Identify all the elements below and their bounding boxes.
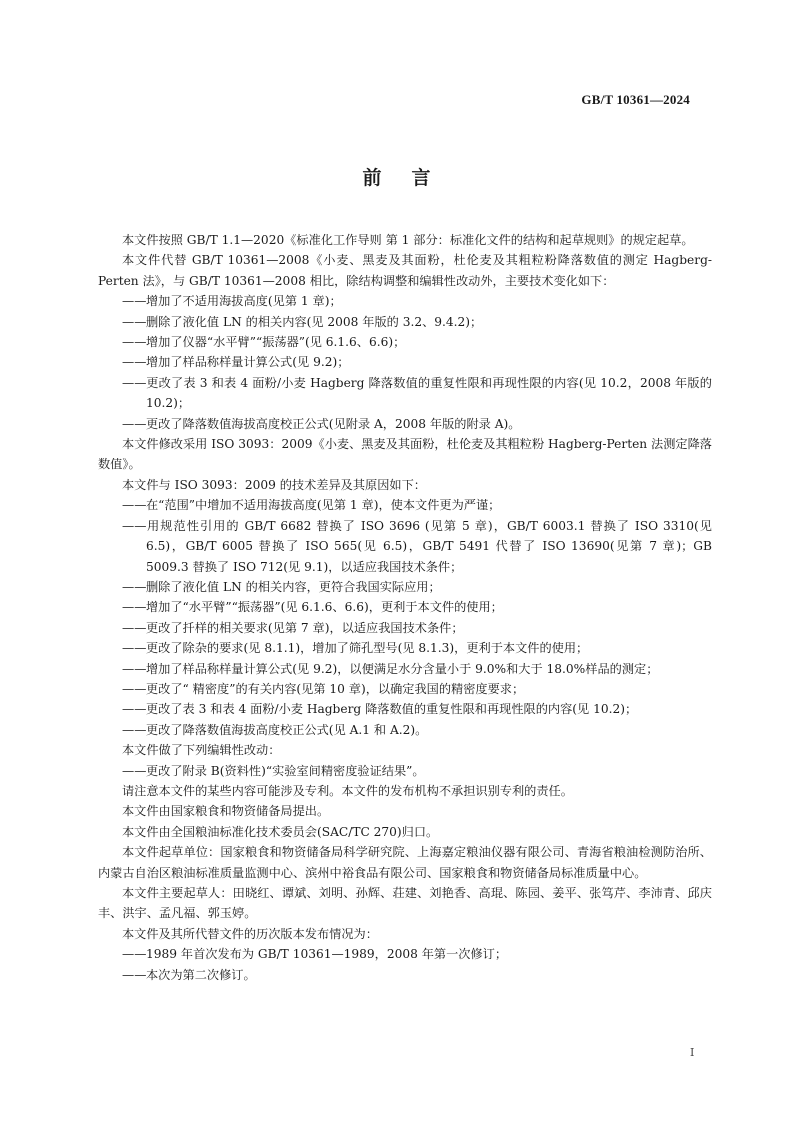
list-item-difference: ——增加了“水平臂”“振荡器”(见 6.1.6、6.6)，更利于本文件的使用； — [98, 597, 712, 617]
paragraph-drafting-rules: 本文件按照 GB/T 1.1—2020《标准化工作导则 第 1 部分：标准化文件… — [98, 230, 712, 250]
list-item-difference: ——更改了除杂的要求(见 8.1.1)，增加了筛孔型号(见 8.1.3)，更利于… — [98, 638, 712, 658]
standard-code: GB/T 10361—2024 — [581, 92, 690, 108]
list-item-difference: ——更改了表 3 和表 4 面粉/小麦 Hagberg 降落数值的重复性限和再现… — [98, 699, 712, 719]
foreword-body: 本文件按照 GB/T 1.1—2020《标准化工作导则 第 1 部分：标准化文件… — [98, 230, 712, 985]
paragraph-under-jurisdiction: 本文件由全国粮油标准化技术委员会(SAC/TC 270)归口。 — [98, 822, 712, 842]
paragraph-drafters: 本文件主要起草人：田晓红、谭斌、刘明、孙辉、荘建、刘艳香、高琨、陈园、姜平、张笃… — [98, 883, 712, 924]
list-item-difference: ——更改了降落数值海拔高度校正公式(见 A.1 和 A.2)。 — [98, 720, 712, 740]
list-item-change: ——增加了样品称样量计算公式(见 9.2)； — [98, 352, 712, 372]
dash: —— — [122, 597, 146, 617]
paragraph-proposed-by: 本文件由国家粮食和物资储备局提出。 — [98, 801, 712, 821]
paragraph-modified-adoption: 本文件修改采用 ISO 3093：2009《小麦、黑麦及其面粉，杜伦麦及其粗粒粉… — [98, 434, 712, 475]
dash: —— — [122, 618, 146, 638]
dash: —— — [122, 332, 146, 352]
dash: —— — [122, 659, 146, 679]
list-item-difference: ——用规范性引用的 GB/T 6682 替换了 ISO 3696 (见第 5 章… — [98, 516, 712, 577]
dash: —— — [122, 761, 146, 781]
dash: —— — [122, 312, 146, 332]
list-item-change: ——删除了液化值 LN 的相关内容(见 2008 年版的 3.2、9.4.2)； — [98, 312, 712, 332]
dash: —— — [122, 516, 146, 536]
dash: —— — [122, 679, 146, 699]
dash: —— — [122, 577, 146, 597]
page-title: 前言 — [0, 163, 793, 190]
list-item-change: ——增加了不适用海拔高度(见第 1 章)； — [98, 291, 712, 311]
list-item-difference: ——更改了“ 精密度”的有关内容(见第 10 章)，以确定我国的精密度要求； — [98, 679, 712, 699]
paragraph-editorial-changes: 本文件做了下列编辑性改动： — [98, 740, 712, 760]
dash: —— — [122, 720, 146, 740]
paragraph-technical-differences: 本文件与 ISO 3093：2009 的技术差异及其原因如下： — [98, 475, 712, 495]
paragraph-version-history: 本文件及其所代替文件的历次版本发布情况为： — [98, 924, 712, 944]
paragraph-replaces: 本文件代替 GB/T 10361—2008《小麦、黑麦及其面粉，杜伦麦及其粗粒粉… — [98, 250, 712, 291]
list-item-difference: ——在“范围”中增加不适用海拔高度(见第 1 章)，使本文件更为严谨； — [98, 495, 712, 515]
list-item-editorial: ——更改了附录 B(资料性)“实验室间精密度验证结果”。 — [98, 761, 712, 781]
dash: —— — [122, 638, 146, 658]
paragraph-patent-notice: 请注意本文件的某些内容可能涉及专利。本文件的发布机构不承担识别专利的责任。 — [98, 781, 712, 801]
page-number: I — [690, 1046, 694, 1059]
dash: —— — [122, 495, 146, 515]
dash: —— — [122, 352, 146, 372]
list-item-history: ——1989 年首次发布为 GB/T 10361—1989，2008 年第一次修… — [98, 944, 712, 964]
dash: —— — [122, 414, 146, 434]
dash: —— — [122, 965, 146, 985]
dash: —— — [122, 699, 146, 719]
list-item-change: ——增加了仪器“水平臂”“振荡器”(见 6.1.6、6.6)； — [98, 332, 712, 352]
list-item-change: ——更改了降落数值海拔高度校正公式(见附录 A，2008 年版的附录 A)。 — [98, 414, 712, 434]
dash: —— — [122, 944, 146, 964]
list-item-difference: ——删除了液化值 LN 的相关内容，更符合我国实际应用； — [98, 577, 712, 597]
list-item-difference: ——更改了扦样的相关要求(见第 7 章)，以适应我国技术条件； — [98, 618, 712, 638]
dash: —— — [122, 373, 146, 393]
list-item-change: ——更改了表 3 和表 4 面粉/小麦 Hagberg 降落数值的重复性限和再现… — [98, 373, 712, 414]
list-item-difference: ——增加了样品称样量计算公式(见 9.2)，以便满足水分含量小于 9.0%和大于… — [98, 659, 712, 679]
dash: —— — [122, 291, 146, 311]
list-item-history: ——本次为第二次修订。 — [98, 965, 712, 985]
paragraph-drafting-organizations: 本文件起草单位：国家粮食和物资储备局科学研究院、上海嘉定粮油仪器有限公司、青海省… — [98, 842, 712, 883]
